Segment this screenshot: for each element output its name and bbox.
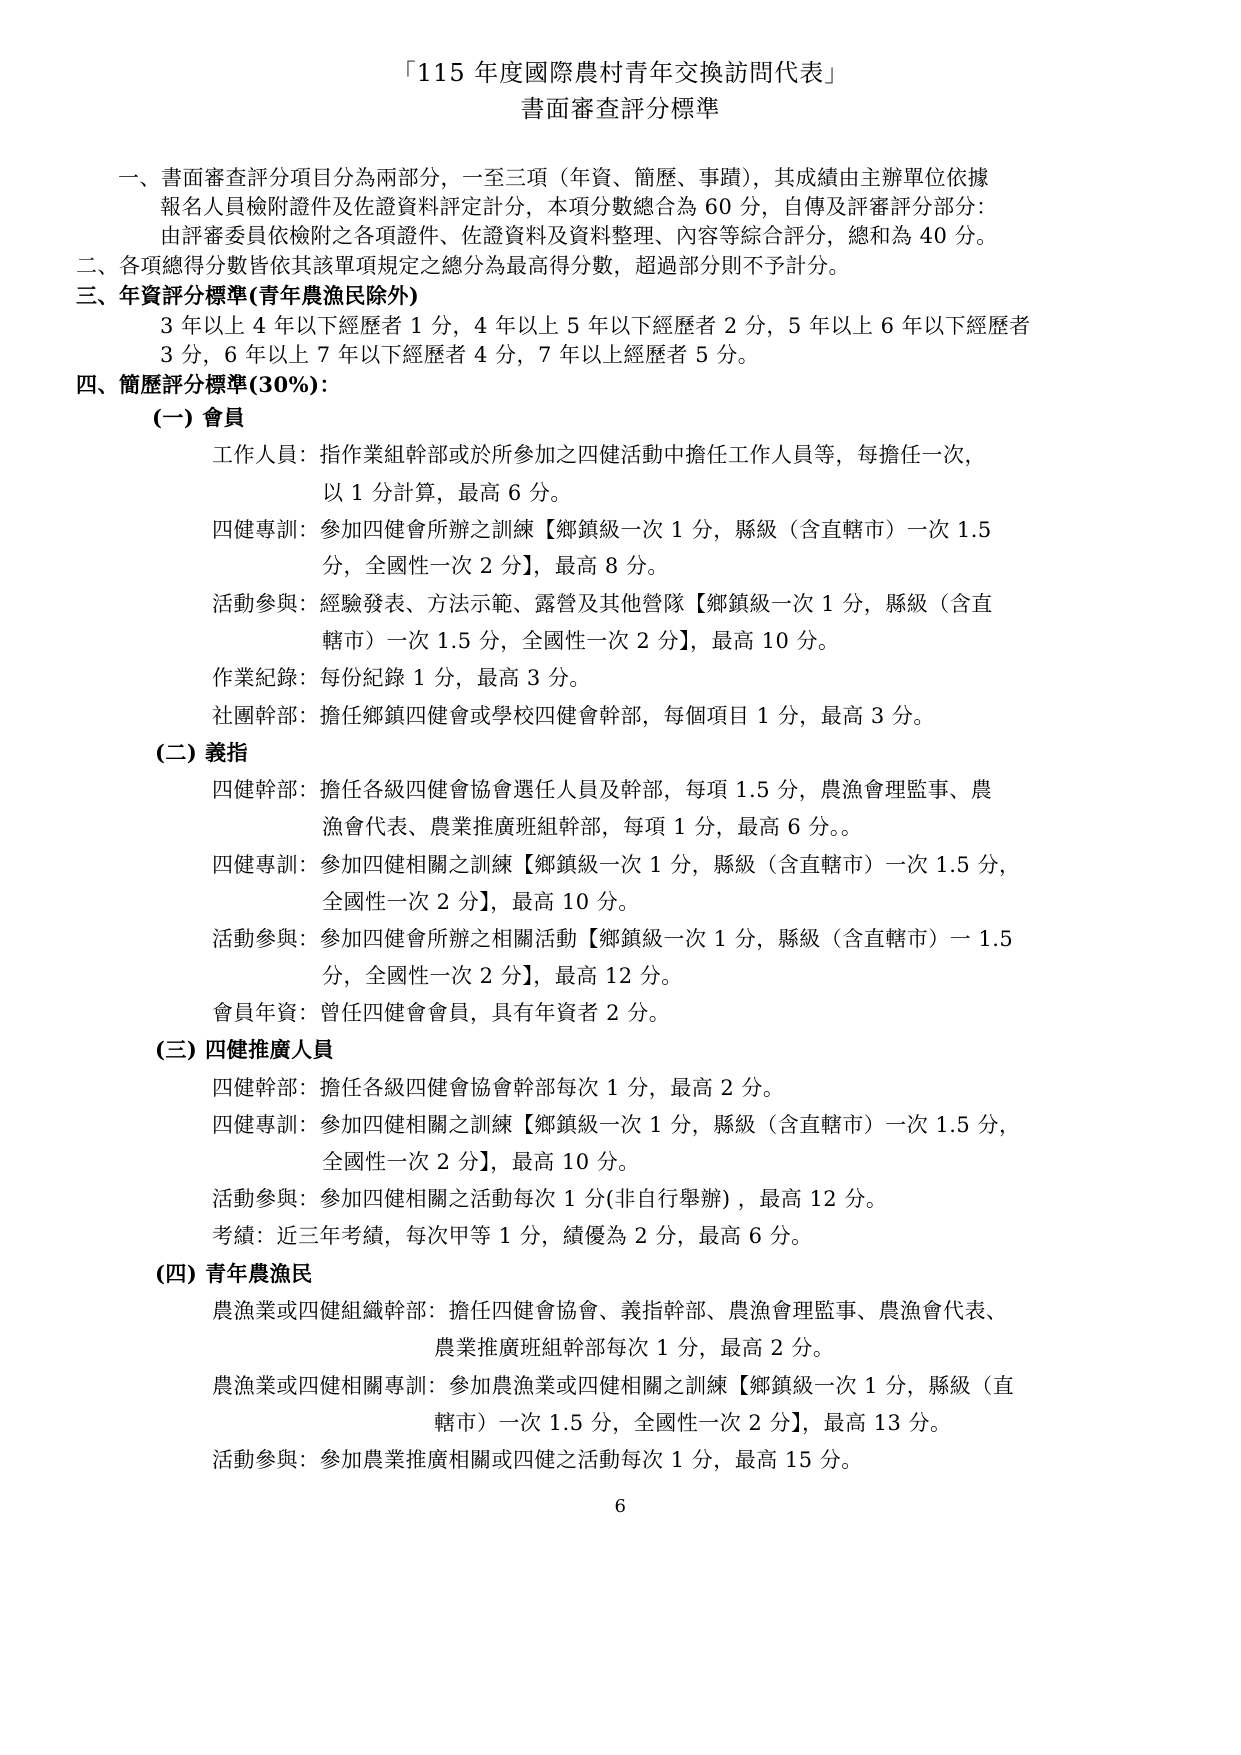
sub-4-heading: (四) 青年農漁民 (155, 1259, 313, 1289)
sub-2-item-2-cont: 全國性一次 2 分】，最高 10 分。 (322, 887, 640, 917)
sub-2-item-2: 四健專訓：參加四健相關之訓練【鄉鎮級一次 1 分，縣級（含直轄市）一次 1.5 … (212, 850, 1020, 880)
sub-1-item-3-cont: 轄市）一次 1.5 分，全國性一次 2 分】，最高 10 分。 (322, 626, 840, 656)
sub-2-item-3-cont: 分，全國性一次 2 分】，最高 12 分。 (322, 961, 683, 991)
sub-1-item-1: 工作人員：指作業組幹部或於所參加之四健活動中擔任工作人員等，每擔任一次， (212, 440, 986, 470)
section-1-line-3: 由評審委員依檢附之各項證件、佐證資料及資料整理、內容等綜合評分，總和為 40 分… (160, 221, 998, 251)
sub-2-heading: (二) 義指 (155, 738, 248, 768)
sub-3-item-1: 四健幹部：擔任各級四健會協會幹部每次 1 分，最高 2 分。 (212, 1073, 784, 1103)
sub-1-item-4: 作業紀錄：每份紀錄 1 分，最高 3 分。 (212, 663, 591, 693)
section-1-line-2: 報名人員檢附證件及佐證資料評定計分，本項分數總合為 60 分，自傳及評審評分部分… (160, 192, 998, 222)
section-3-line-2: 3 分，6 年以上 7 年以下經歷者 4 分，7 年以上經歷者 5 分。 (160, 340, 759, 370)
section-3-heading: 三、年資評分標準(青年農漁民除外) (76, 281, 419, 311)
sub-2-item-1: 四健幹部：擔任各級四健會協會選任人員及幹部，每項 1.5 分，農漁會理監事、農 (212, 775, 992, 805)
document-subtitle: 書面審查評分標準 (0, 94, 1241, 124)
page-number: 6 (0, 1492, 1241, 1522)
sub-3-item-3: 活動參與：參加四健相關之活動每次 1 分(非自行舉辦) ，最高 12 分。 (212, 1184, 887, 1214)
sub-3-item-2: 四健專訓：參加四健相關之訓練【鄉鎮級一次 1 分，縣級（含直轄市）一次 1.5 … (212, 1110, 1020, 1140)
section-1-line-1: 一、書面審查評分項目分為兩部分，一至三項（年資、簡歷、事蹟），其成績由主辦單位依… (118, 163, 989, 193)
sub-3-item-2-cont: 全國性一次 2 分】，最高 10 分。 (322, 1147, 640, 1177)
sub-4-item-1: 農漁業或四健組織幹部：擔任四健會協會、義指幹部、農漁會理監事、農漁會代表、 (212, 1296, 1008, 1326)
sub-1-item-1-cont: 以 1 分計算，最高 6 分。 (322, 478, 572, 508)
sub-1-item-2-cont: 分，全國性一次 2 分】，最高 8 分。 (322, 551, 669, 581)
sub-4-item-2-cont: 轄市）一次 1.5 分，全國性一次 2 分】，最高 13 分。 (434, 1408, 952, 1438)
sub-2-item-3: 活動參與：參加四健會所辦之相關活動【鄉鎮級一次 1 分，縣級（含直轄市）一 1.… (212, 924, 1013, 954)
section-3-line-1: 3 年以上 4 年以下經歷者 1 分，4 年以上 5 年以下經歷者 2 分，5 … (160, 311, 1031, 341)
document-page: 「115 年度國際農村青年交換訪問代表」 書面審查評分標準 一、書面審查評分項目… (0, 0, 1241, 1755)
sub-4-item-2: 農漁業或四健相關專訓：參加農漁業或四健相關之訓練【鄉鎮級一次 1 分，縣級（直 (212, 1371, 1014, 1401)
section-4-heading: 四、簡歷評分標準(30%)： (76, 370, 341, 400)
sub-1-heading: (一) 會員 (152, 403, 245, 433)
sub-1-item-3: 活動參與：經驗發表、方法示範、露營及其他營隊【鄉鎮級一次 1 分，縣級（含直 (212, 589, 993, 619)
sub-2-item-1-cont: 漁會代表、農業推廣班組幹部，每項 1 分，最高 6 分。。 (322, 812, 862, 842)
sub-4-item-1-cont: 農業推廣班組幹部每次 1 分，最高 2 分。 (434, 1333, 834, 1363)
sub-1-item-2: 四健專訓：參加四健會所辦之訓練【鄉鎮級一次 1 分，縣級（含直轄市）一次 1.5 (212, 515, 992, 545)
sub-3-item-4: 考績：近三年考績，每次甲等 1 分，績優為 2 分，最高 6 分。 (212, 1221, 813, 1251)
section-2-line-1: 二、各項總得分數皆依其該單項規定之總分為最高得分數，超過部分則不予計分。 (76, 251, 850, 281)
sub-3-heading: (三) 四健推廣人員 (155, 1035, 334, 1065)
document-title: 「115 年度國際農村青年交換訪問代表」 (0, 58, 1241, 88)
sub-1-item-5: 社團幹部：擔任鄉鎮四健會或學校四健會幹部，每個項目 1 分，最高 3 分。 (212, 701, 935, 731)
sub-4-item-3: 活動參與：參加農業推廣相關或四健之活動每次 1 分，最高 15 分。 (212, 1445, 863, 1475)
sub-2-item-4: 會員年資：曾任四健會會員，具有年資者 2 分。 (212, 998, 670, 1028)
